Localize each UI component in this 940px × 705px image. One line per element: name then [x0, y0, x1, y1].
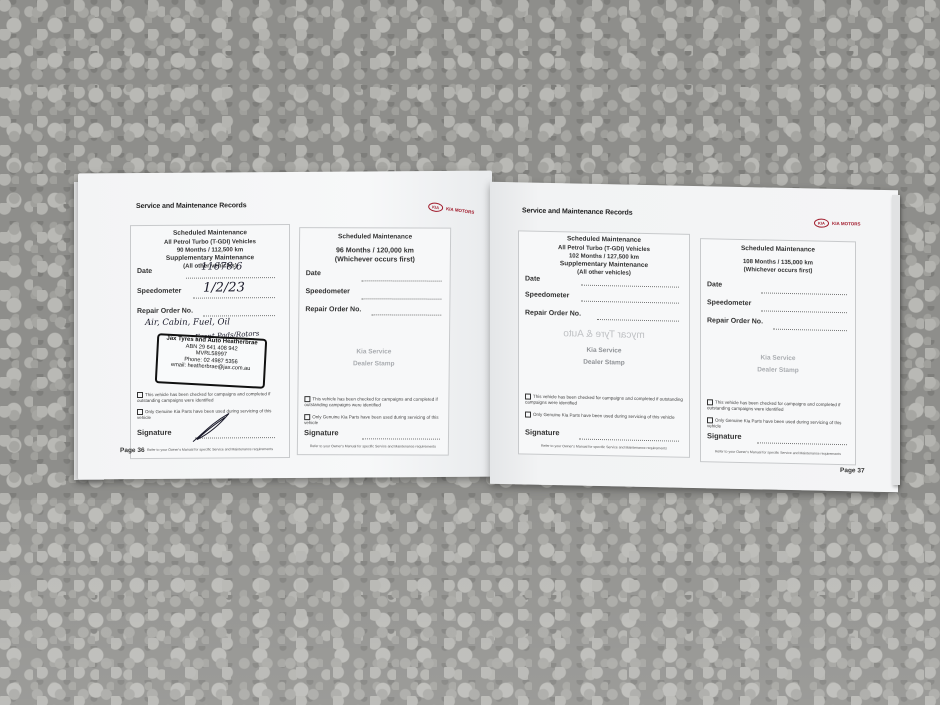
signature-line [362, 438, 440, 439]
section-title: Service and Maintenance Records [136, 202, 247, 210]
date-label: Date [306, 270, 321, 277]
date-label: Date [137, 268, 152, 275]
campaign-check-item: This vehicle has been checked for campai… [707, 399, 849, 413]
repair-order-label: Repair Order No. [707, 317, 763, 325]
speedometer-line [193, 297, 275, 299]
floor-lighting [0, 500, 940, 705]
owners-manual-note: Refer to your Owner's Manual for specifi… [701, 449, 855, 456]
dealer-stamp-placeholder-2: Dealer Stamp [701, 363, 855, 378]
speedometer-line [761, 310, 847, 313]
speedometer-line [581, 301, 679, 304]
genuine-parts-check-item: Only Genuine Kia Parts have been used du… [304, 414, 442, 426]
campaign-check-item: This vehicle has been checked for campai… [137, 391, 283, 404]
date-line [186, 277, 275, 279]
date-line [581, 285, 679, 288]
signature-label: Signature [304, 428, 339, 437]
section-title: Service and Maintenance Records [522, 207, 633, 216]
maintenance-record-108-months: Scheduled Maintenance 108 Months / 135,0… [700, 238, 856, 465]
speedometer-line [361, 298, 441, 299]
repair-order-label: Repair Order No. [137, 308, 193, 315]
owners-manual-note: Refer to your Owner's Manual for specifi… [298, 444, 448, 449]
signature-line [757, 442, 847, 445]
speedometer-label: Speedometer [525, 291, 569, 299]
booklet-page-left: Service and Maintenance Records Schedule… [78, 171, 492, 480]
speedometer-label: Speedometer [305, 288, 349, 295]
repair-order-line [371, 314, 441, 315]
owners-manual-note: Refer to your Owner's Manual for specifi… [519, 443, 689, 451]
repair-order-label: Repair Order No. [525, 309, 581, 317]
kia-logo-icon: KIA [814, 219, 829, 228]
genuine-parts-check-item: Only Genuine Kia Parts have been used du… [525, 411, 683, 420]
repair-order-label: Repair Order No. [305, 306, 361, 313]
date-handwritten: 11678.6 [201, 261, 242, 272]
dealer-stamp-placeholder-2: Dealer Stamp [299, 358, 449, 371]
genuine-parts-check-item: Only Genuine Kia Parts have been used du… [707, 417, 849, 431]
dealer-stamp-placeholder-2: Dealer Stamp [519, 355, 689, 371]
date-line [761, 292, 847, 295]
kia-motors-logo: KIA KIA MOTORS [814, 219, 861, 229]
signature-scribble [189, 411, 235, 445]
kia-logo-icon: KIA [428, 202, 444, 213]
date-label: Date [707, 281, 722, 288]
page-number: Page 37 [840, 467, 865, 475]
speedometer-label: Speedometer [707, 299, 751, 307]
booklet-page-right: Service and Maintenance Records KIA KIA … [490, 182, 898, 493]
campaign-check-item: This vehicle has been checked for campai… [525, 393, 683, 408]
owners-manual-note: Refer to your Owner's Manual for specifi… [131, 447, 289, 452]
campaign-check-item: This vehicle has been checked for campai… [304, 396, 442, 408]
speedometer-handwritten: 1/2/23 [203, 280, 245, 295]
date-label: Date [525, 275, 540, 282]
maintenance-record-102-months: Scheduled Maintenance All Petrol Turbo (… [518, 230, 690, 458]
record-whichever-note: (Whichever occurs first) [300, 255, 450, 265]
handwritten-service-notes: Air, Cabin, Fuel, Oil [145, 317, 230, 328]
ghost-stamp-mirrored: mycar Tyre & Auto [539, 328, 669, 342]
page-number: Page 36 [120, 447, 145, 454]
maintenance-record-96-months: Scheduled Maintenance 96 Months / 120,00… [297, 227, 451, 456]
checkbox[interactable] [525, 411, 531, 417]
dealer-stamp-jax: Jax Tyres and Auto Heatherbrae ABN 29 64… [155, 333, 267, 389]
speedometer-label: Speedometer [137, 288, 181, 295]
booklet-page-edge [892, 195, 900, 485]
kia-motors-logo: KIA KIA MOTORS [428, 202, 475, 217]
repair-order-line [597, 319, 679, 322]
signature-label: Signature [137, 428, 172, 437]
signature-line [579, 439, 679, 442]
repair-order-line [203, 315, 275, 317]
dealer-stamp-placeholder: Kia Service [299, 346, 449, 359]
repair-order-line [773, 329, 847, 332]
date-line [362, 280, 442, 281]
signature-label: Signature [525, 427, 560, 437]
signature-label: Signature [707, 431, 742, 441]
